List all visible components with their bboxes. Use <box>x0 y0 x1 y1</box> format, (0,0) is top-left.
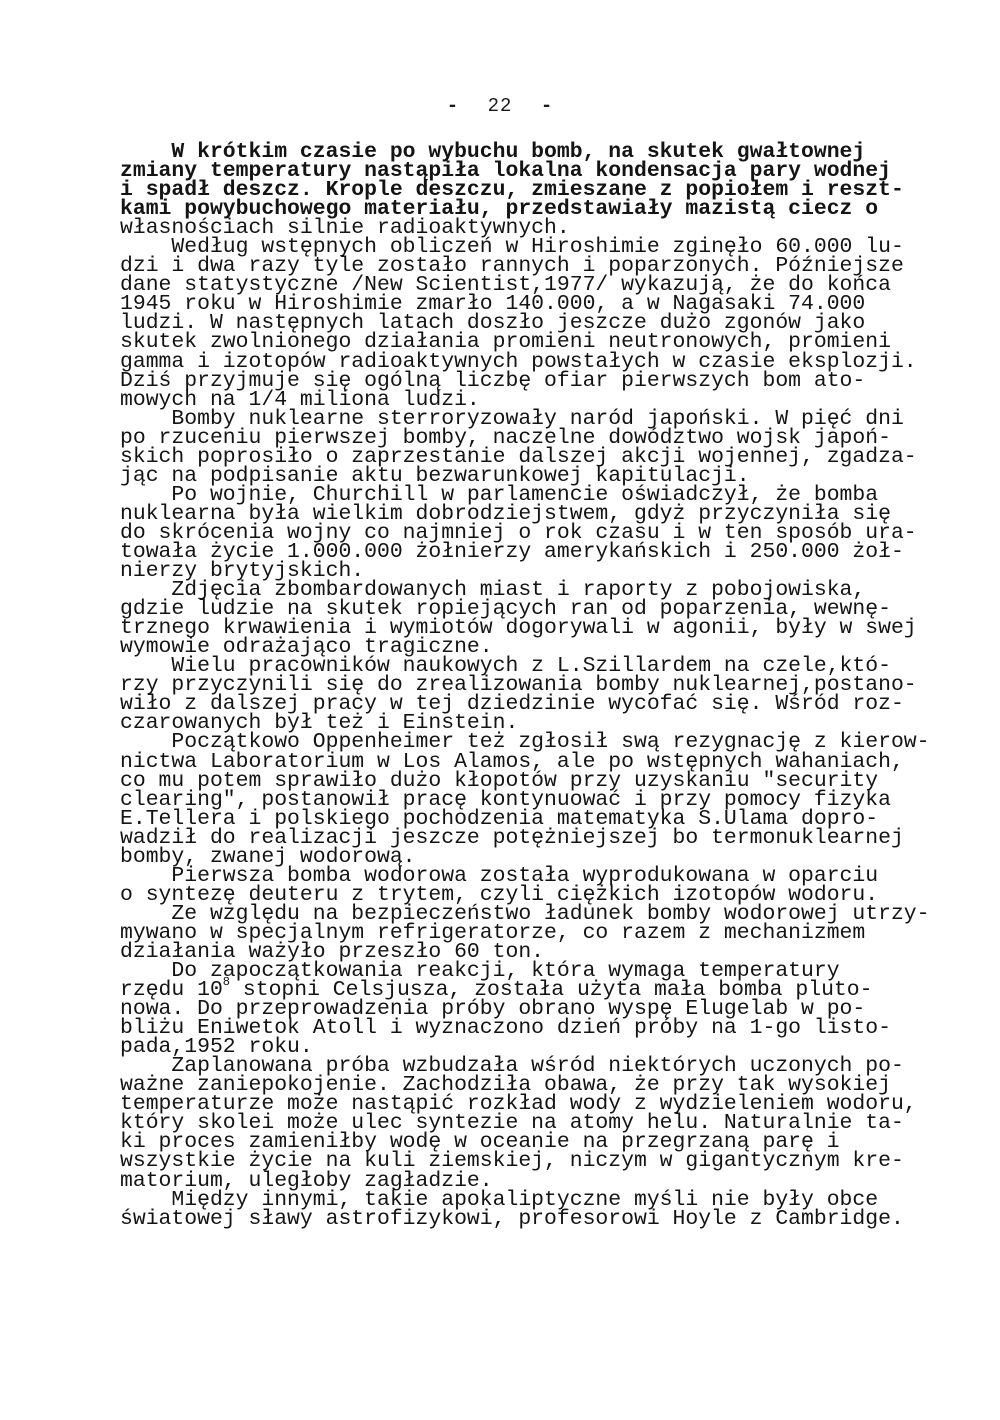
page-number-value: 22 <box>488 95 513 117</box>
superscript-exponent: 8 <box>223 975 230 989</box>
page-number-dash-left: - <box>447 95 459 117</box>
document-body-text: W krótkim czasie po wybuchu bomb, na sku… <box>120 143 921 1229</box>
page-number: - 22 - <box>0 95 1000 117</box>
text-line: światowej sławy astrofizykowi, profesoro… <box>120 1210 921 1229</box>
page-number-dash-right: - <box>541 95 553 117</box>
